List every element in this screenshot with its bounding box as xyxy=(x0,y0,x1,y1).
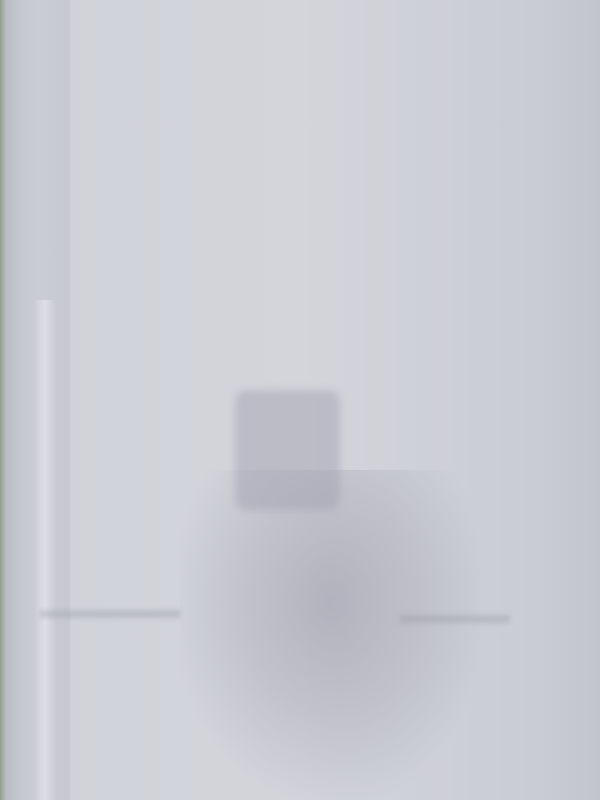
reflection-right-shadow xyxy=(0,0,70,800)
reflection-figure xyxy=(180,470,480,800)
reflection-window-frame xyxy=(34,300,56,800)
reflection-window-bar-left xyxy=(40,610,180,618)
reflection-phone xyxy=(235,390,340,510)
reflection-window-bar-right xyxy=(400,615,510,623)
